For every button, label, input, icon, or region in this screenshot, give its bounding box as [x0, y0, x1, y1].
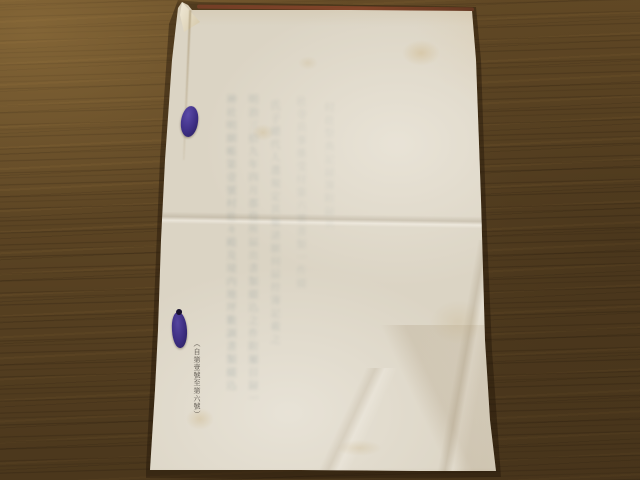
foxing-stain [336, 440, 382, 456]
photo-of-document-on-desk: 神社明細帳第壹號村社々殿及境内地坪數調書類綴込 明治三拾九年四月郡役所届出書類綴… [0, 0, 640, 480]
underpage-edge-line [183, 10, 192, 160]
vertical-label-text: （自第壹號至第六號） [193, 340, 200, 418]
foxing-stain [402, 40, 440, 66]
ghost-text-column: 明治三拾九年四月郡役所届出書類綴込之件附屬目録一 [246, 94, 256, 406]
ghost-text-column: 神社明細帳第壹號村社々殿及境内地坪數調書類綴込 [224, 94, 234, 393]
binding-fastener-top [179, 105, 201, 138]
ghost-text-column: 社寺兵事係受付第六號書類一件綴 [294, 96, 304, 291]
ghost-text-column: 村社祭典記録簿附録共 [322, 102, 332, 232]
ghost-text-column: 氏子總代人選規定其他諸願伺届控簿記載之 [268, 100, 278, 347]
binding-fastener-bottom [171, 312, 188, 349]
ghost-text-bleedthrough: 神社明細帳第壹號村社々殿及境内地坪數調書類綴込 明治三拾九年四月郡役所届出書類綴… [222, 94, 352, 439]
foxing-stain [298, 56, 318, 70]
foxing-stain [430, 300, 486, 344]
